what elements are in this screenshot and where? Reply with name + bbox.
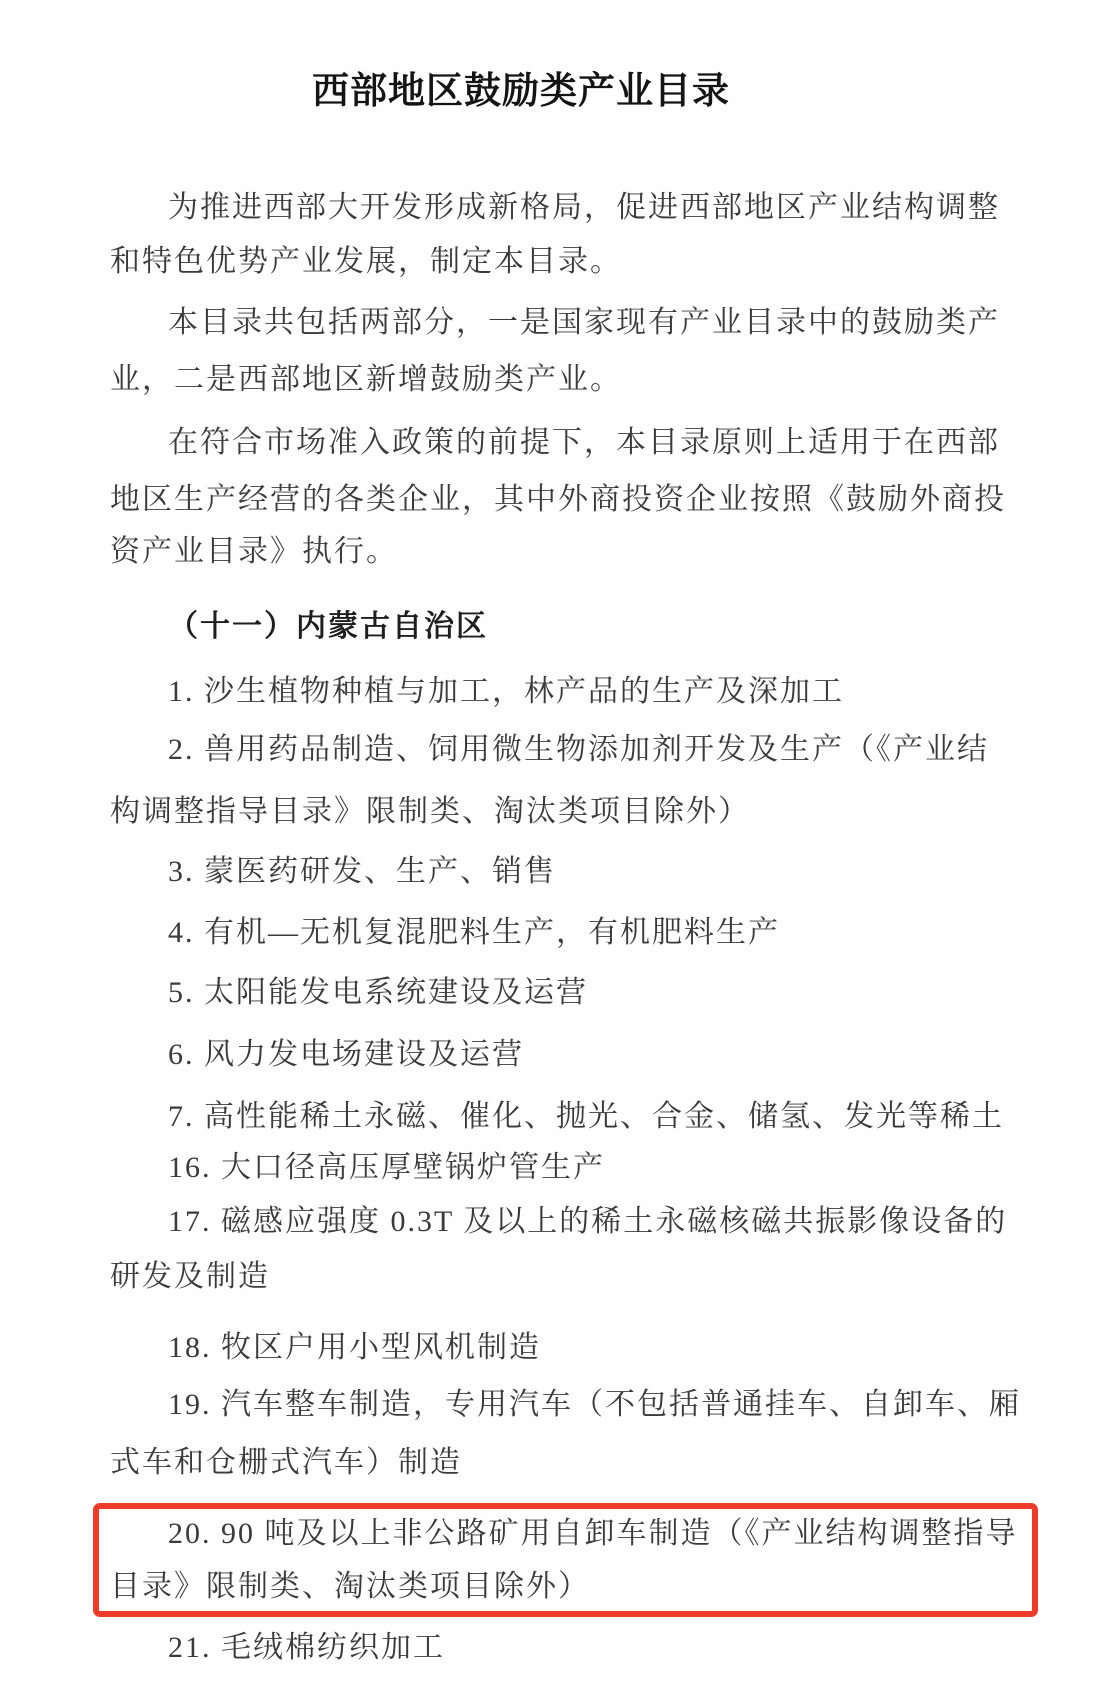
item-20-line2: 目录》限制类、淘汰类项目除外） <box>110 1566 1015 1608</box>
section-heading: （十一）内蒙古自治区 <box>110 606 1073 648</box>
item-16: 16. 大口径高压厚壁锅炉管生产 <box>110 1147 1073 1189</box>
item-7: 7. 高性能稀土永磁、催化、抛光、合金、储氢、发光等稀土 <box>110 1096 1073 1138</box>
intro-p1-line1: 为推进西部大开发形成新格局，促进西部地区产业结构调整 <box>110 187 1073 229</box>
document-title: 西部地区鼓励类产业目录 <box>0 60 1042 114</box>
intro-p3-line3: 资产业目录》执行。 <box>110 531 1015 573</box>
intro-p1-line2: 和特色优势产业发展，制定本目录。 <box>110 241 1015 283</box>
item-4: 4. 有机—无机复混肥料生产，有机肥料生产 <box>110 912 1073 954</box>
item-21: 21. 毛绒棉纺织加工 <box>110 1627 1073 1669</box>
item-19-line1: 19. 汽车整车制造，专用汽车（不包括普通挂车、自卸车、厢 <box>110 1384 1073 1426</box>
item-18: 18. 牧区户用小型风机制造 <box>110 1327 1073 1369</box>
item-19-line2: 式车和仓栅式汽车）制造 <box>110 1442 1015 1484</box>
item-20-line1: 20. 90 吨及以上非公路矿用自卸车制造（《产业结构调整指导 <box>110 1513 1073 1555</box>
intro-p2-line2: 业，二是西部地区新增鼓励类产业。 <box>110 359 1015 401</box>
item-2-line1: 2. 兽用药品制造、饲用微生物添加剂开发及生产（《产业结 <box>110 729 1073 771</box>
intro-p3-line1: 在符合市场准入政策的前提下，本目录原则上适用于在西部 <box>110 422 1073 464</box>
item-5: 5. 太阳能发电系统建设及运营 <box>110 972 1073 1014</box>
item-17-line2: 研发及制造 <box>110 1256 1015 1298</box>
document-page: 西部地区鼓励类产业目录 为推进西部大开发形成新格局，促进西部地区产业结构调整 和… <box>0 0 1119 1690</box>
item-1: 1. 沙生植物种植与加工，林产品的生产及深加工 <box>110 671 1073 713</box>
intro-p3-line2: 地区生产经营的各类企业，其中外商投资企业按照《鼓励外商投 <box>110 479 1015 521</box>
item-17-line1: 17. 磁感应强度 0.3T 及以上的稀土永磁核磁共振影像设备的 <box>110 1201 1073 1243</box>
item-2-line2: 构调整指导目录》限制类、淘汰类项目除外） <box>110 791 1015 833</box>
item-3: 3. 蒙医药研发、生产、销售 <box>110 851 1073 893</box>
intro-p2-line1: 本目录共包括两部分，一是国家现有产业目录中的鼓励类产 <box>110 302 1073 344</box>
item-6: 6. 风力发电场建设及运营 <box>110 1034 1073 1076</box>
